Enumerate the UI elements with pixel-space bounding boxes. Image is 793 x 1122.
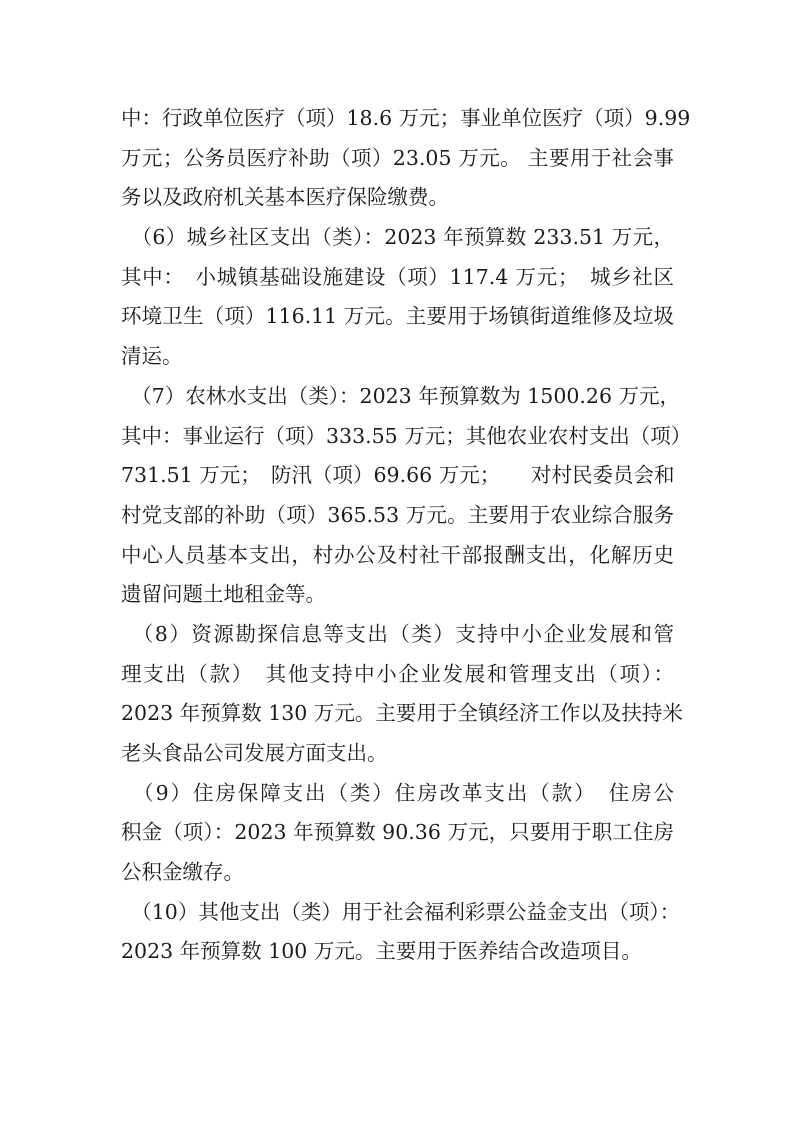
text-line: 中心人员基本支出，村办公及村社干部报酬支出，化解历史: [121, 536, 674, 576]
text-line: 清运。: [121, 337, 674, 377]
text-line: 积金（项）：2023 年预算数 90.36 万元，只要用于职工住房: [121, 813, 674, 853]
paragraph-medical-tail: 中：行政单位医疗（项）18.6 万元；事业单位医疗（项）9.99 万元；公务员医…: [121, 99, 674, 218]
text-line: 环境卫生（项）116.11 万元。主要用于场镇街道维修及垃圾: [121, 297, 674, 337]
text-line: 中：行政单位医疗（项）18.6 万元；事业单位医疗（项）9.99: [121, 99, 674, 139]
text-line: （7）农林水支出（类）：2023 年预算数为 1500.26 万元，: [121, 377, 674, 417]
paragraph-item-10: （10）其他支出（类）用于社会福利彩票公益金支出（项）： 2023 年预算数 1…: [121, 893, 674, 972]
text-line: （8）资源勘探信息等支出（类）支持中小企业发展和管: [121, 615, 674, 655]
document-page: 中：行政单位医疗（项）18.6 万元；事业单位医疗（项）9.99 万元；公务员医…: [121, 99, 674, 972]
text-line: 村党支部的补助（项）365.53 万元。主要用于农业综合服务: [121, 496, 674, 536]
text-line: 务以及政府机关基本医疗保险缴费。: [121, 178, 674, 218]
paragraph-item-6: （6）城乡社区支出（类）：2023 年预算数 233.51 万元， 其中： 小城…: [121, 218, 674, 377]
text-line: 公积金缴存。: [121, 853, 674, 893]
text-line: 731.51 万元； 防汛（项）69.66 万元； 对村民委员会和: [121, 456, 674, 496]
text-line: 2023 年预算数 130 万元。主要用于全镇经济工作以及扶持米: [121, 694, 674, 734]
text-line: 2023 年预算数 100 万元。主要用于医养结合改造项目。: [121, 932, 674, 972]
text-line: （9）住房保障支出（类）住房改革支出（款） 住房公: [121, 774, 674, 814]
text-line: （6）城乡社区支出（类）：2023 年预算数 233.51 万元，: [121, 218, 674, 258]
text-line: （10）其他支出（类）用于社会福利彩票公益金支出（项）：: [121, 893, 674, 933]
text-line: 其中：事业运行（项）333.55 万元；其他农业农村支出（项）: [121, 417, 674, 457]
paragraph-item-9: （9）住房保障支出（类）住房改革支出（款） 住房公 积金（项）：2023 年预算…: [121, 774, 674, 893]
text-line: 其中： 小城镇基础设施建设（项）117.4 万元； 城乡社区: [121, 258, 674, 298]
text-line: 理支出（款） 其他支持中小企业发展和管理支出（项）：: [121, 655, 674, 695]
paragraph-item-8: （8）资源勘探信息等支出（类）支持中小企业发展和管 理支出（款） 其他支持中小企…: [121, 615, 674, 774]
text-line: 老头食品公司发展方面支出。: [121, 734, 674, 774]
text-line: 遗留问题土地租金等。: [121, 575, 674, 615]
paragraph-item-7: （7）农林水支出（类）：2023 年预算数为 1500.26 万元， 其中：事业…: [121, 377, 674, 615]
text-line: 万元；公务员医疗补助（项）23.05 万元。 主要用于社会事: [121, 139, 674, 179]
